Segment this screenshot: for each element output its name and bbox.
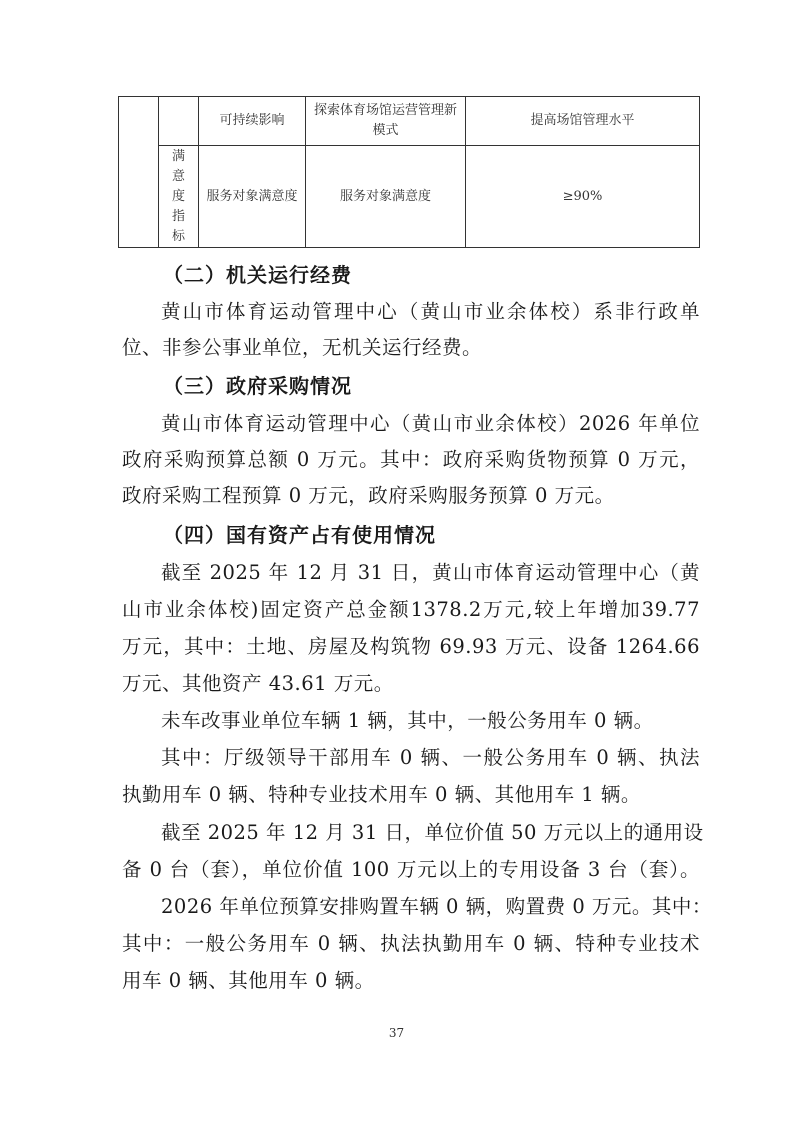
paragraph-line: 用车 0 辆、其他用车 0 辆。 — [122, 969, 700, 993]
table-cell-description: 探索体育场馆运营管理新模式 — [306, 97, 466, 146]
table-cell-level1 — [119, 97, 159, 248]
category-char: 指 — [163, 207, 194, 227]
table-row: 满 意 度 指 标 服务对象满意度 服务对象满意度 ≥90% — [119, 146, 700, 248]
document-page: 可持续影响 探索体育场馆运营管理新模式 提高场馆管理水平 满 意 度 指 标 服… — [0, 0, 793, 1122]
paragraph-line: 政府采购预算总额 0 万元。其中：政府采购货物预算 0 万元， — [122, 448, 700, 472]
section-heading-operating-expenses: （二）机关运行经费 — [163, 263, 352, 287]
category-char: 意 — [163, 167, 194, 187]
table-cell-description: 服务对象满意度 — [306, 146, 466, 248]
paragraph-line: 万元、其他资产 43.61 万元。 — [122, 672, 700, 696]
paragraph-line: 万元，其中：土地、房屋及构筑物 69.93 万元、设备 1264.66 — [122, 635, 700, 659]
table-cell-target: 提高场馆管理水平 — [466, 97, 700, 146]
paragraph-line: 截至 2025 年 12 月 31 日，单位价值 50 万元以上的通用设 — [161, 821, 700, 845]
paragraph-line: 位、非参公事业单位，无机关运行经费。 — [122, 336, 700, 360]
paragraph-line: 执勤用车 0 辆、特种专业技术用车 0 辆、其他用车 1 辆。 — [122, 783, 700, 807]
paragraph-line: 备 0 台（套），单位价值 100 万元以上的专用设备 3 台（套）。 — [122, 858, 700, 882]
paragraph-line: 山市业余体校)固定资产总金额1378.2万元,较上年增加39.77 — [122, 598, 700, 622]
paragraph-line: 黄山市体育运动管理中心（黄山市业余体校）2026 年单位 — [161, 412, 700, 436]
page-number: 37 — [0, 1026, 793, 1040]
table-cell-indicator: 可持续影响 — [199, 97, 306, 146]
table-row: 可持续影响 探索体育场馆运营管理新模式 提高场馆管理水平 — [119, 97, 700, 146]
table-cell-indicator: 服务对象满意度 — [199, 146, 306, 248]
paragraph-line: 政府采购工程预算 0 万元，政府采购服务预算 0 万元。 — [122, 484, 700, 508]
section-heading-government-procurement: （三）政府采购情况 — [163, 374, 352, 398]
section-heading-state-assets: （四）国有资产占有使用情况 — [163, 523, 436, 547]
performance-indicator-table: 可持续影响 探索体育场馆运营管理新模式 提高场馆管理水平 满 意 度 指 标 服… — [118, 96, 700, 248]
category-char: 度 — [163, 187, 194, 207]
table-cell-level2 — [159, 97, 199, 146]
paragraph-line: 2026 年单位预算安排购置车辆 0 辆，购置费 0 万元。其中： — [161, 895, 700, 919]
category-char: 满 — [163, 147, 194, 167]
paragraph-line: 其中：厅级领导干部用车 0 辆、一般公务用车 0 辆、执法 — [161, 746, 700, 770]
paragraph-line: 未车改事业单位车辆 1 辆，其中，一般公务用车 0 辆。 — [161, 709, 700, 733]
paragraph-line: 截至 2025 年 12 月 31 日，黄山市体育运动管理中心（黄 — [161, 561, 700, 585]
table-cell-target: ≥90% — [466, 146, 700, 248]
table-cell-category: 满 意 度 指 标 — [159, 146, 199, 248]
category-char: 标 — [163, 227, 194, 247]
paragraph-line: 黄山市体育运动管理中心（黄山市业余体校）系非行政单 — [161, 300, 700, 324]
paragraph-line: 其中：一般公务用车 0 辆、执法执勤用车 0 辆、特种专业技术 — [122, 932, 700, 956]
